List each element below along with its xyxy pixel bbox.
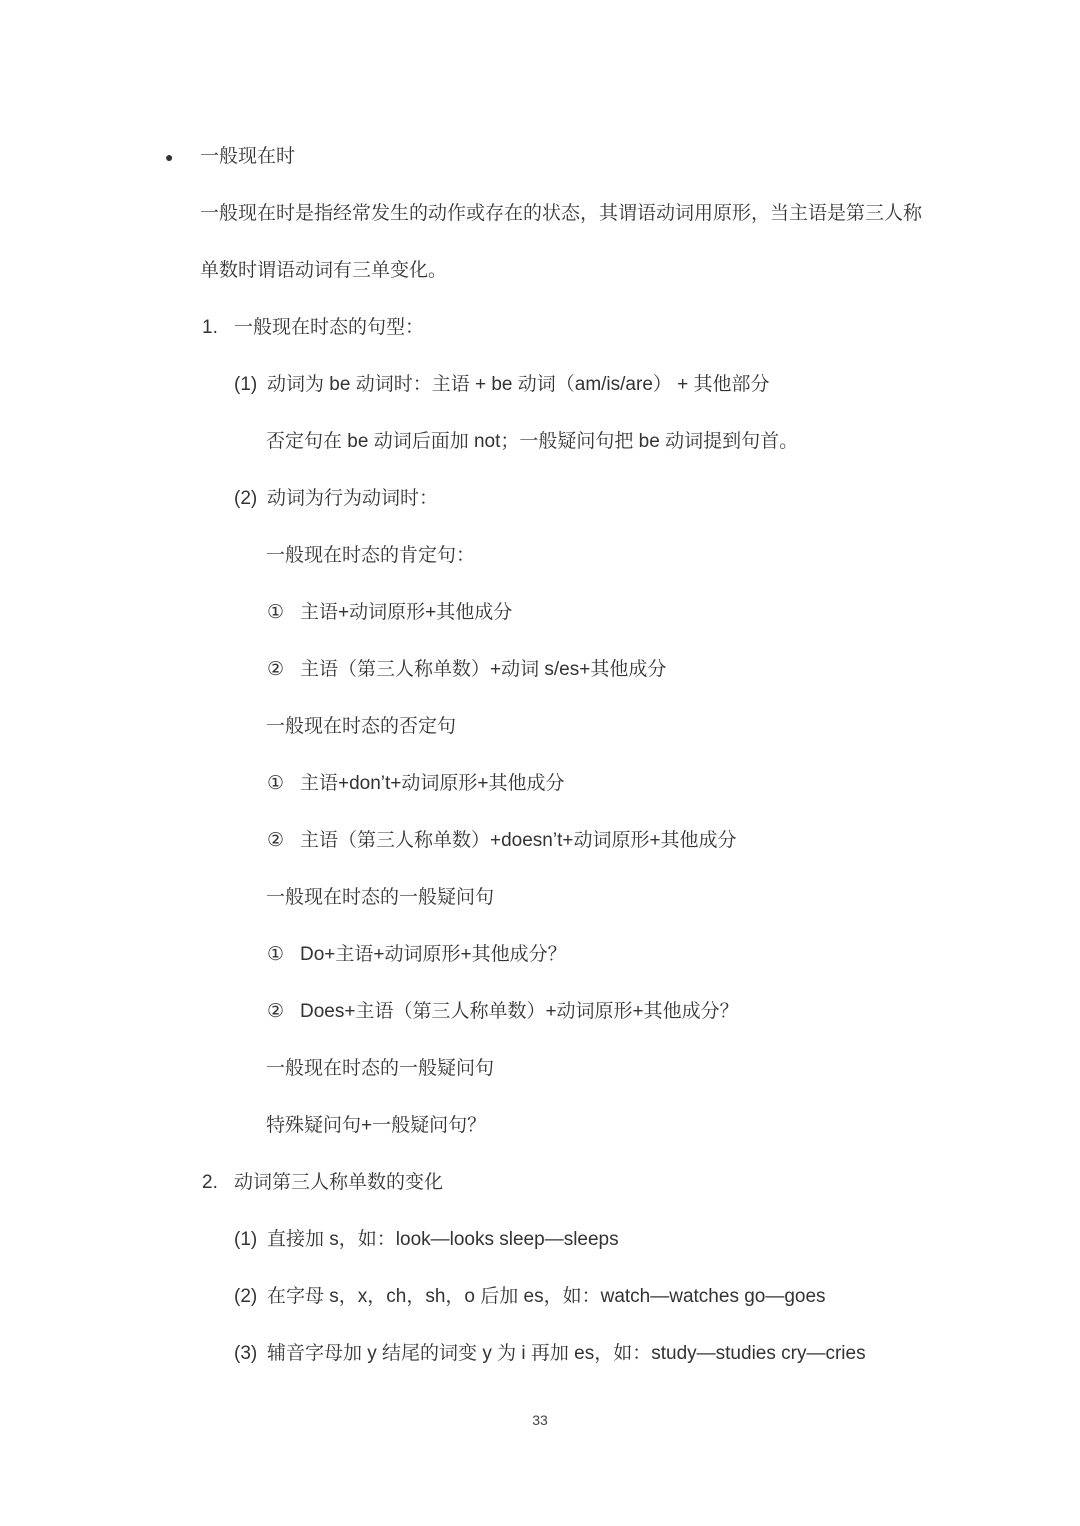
sub-item-1-2: (2)动词为行为动词时： xyxy=(0,470,1080,527)
document-body: ●一般现在时 一般现在时是指经常发生的动作或存在的状态，其谓语动词用原形，当主语… xyxy=(0,0,1080,1382)
item-heading: 一般现在时态的句型： xyxy=(234,317,424,338)
document-page: ●一般现在时 一般现在时是指经常发生的动作或存在的状态，其谓语动词用原形，当主语… xyxy=(0,0,1080,1526)
list-number: 2. xyxy=(202,1154,234,1211)
affirmative-heading: 一般现在时态的肯定句： xyxy=(0,527,1080,584)
third-person-rule: (1)直接加 s，如：look—looks sleep—sleeps xyxy=(0,1211,1080,1268)
rule-text: Do+主语+动词原形+其他成分？ xyxy=(300,944,567,965)
negative-rule: ②主语（第三人称单数）+doesn’t+动词原形+其他成分 xyxy=(0,812,1080,869)
affirmative-rule: ②主语（第三人称单数）+动词 s/es+其他成分 xyxy=(0,641,1080,698)
intro-text: 一般现在时是指经常发生的动作或存在的状态，其谓语动词用原形，当主语是第三人称 xyxy=(200,203,922,224)
third-person-rule: (2)在字母 s，x，ch，sh，o 后加 es，如：watch—watches… xyxy=(0,1268,1080,1325)
sub-item-text: 动词为行为动词时： xyxy=(267,488,438,509)
heading-text: 一般现在时态的一般疑问句 xyxy=(266,1058,494,1079)
rule-text: 主语+don’t+动词原形+其他成分 xyxy=(300,773,565,794)
item-heading: 动词第三人称单数的变化 xyxy=(234,1172,443,1193)
rule-text: 在字母 s，x，ch，sh，o 后加 es，如：watch—watches go… xyxy=(267,1286,826,1307)
circled-number: ① xyxy=(267,926,300,983)
intro-text: 单数时谓语动词有三单变化。 xyxy=(200,260,447,281)
bullet-icon: ● xyxy=(165,129,200,186)
rule-text: 直接加 s，如：look—looks sleep—sleeps xyxy=(267,1229,619,1250)
heading-text: 一般现在时态的一般疑问句 xyxy=(266,887,494,908)
sub-item-note: 否定句在 be 动词后面加 not；一般疑问句把 be 动词提到句首。 xyxy=(0,413,1080,470)
affirmative-rule: ①主语+动词原形+其他成分 xyxy=(0,584,1080,641)
page-number: 33 xyxy=(0,1408,1080,1432)
negative-rule: ①主语+don’t+动词原形+其他成分 xyxy=(0,755,1080,812)
third-person-rule: (3)辅音字母加 y 结尾的词变 y 为 i 再加 es，如：study—stu… xyxy=(0,1325,1080,1382)
circled-number: ① xyxy=(267,755,300,812)
list-paren-number: (1) xyxy=(234,356,267,413)
list-paren-number: (3) xyxy=(234,1325,267,1382)
question-rule: ①Do+主语+动词原形+其他成分？ xyxy=(0,926,1080,983)
question-heading-2: 一般现在时态的一般疑问句 xyxy=(0,1040,1080,1097)
heading-text: 一般现在时态的肯定句： xyxy=(266,545,475,566)
list-number: 1. xyxy=(202,299,234,356)
rule-text: 辅音字母加 y 结尾的词变 y 为 i 再加 es，如：study—studie… xyxy=(267,1343,866,1364)
question-rule: ②Does+主语（第三人称单数）+动词原形+其他成分？ xyxy=(0,983,1080,1040)
circled-number: ① xyxy=(267,584,300,641)
list-paren-number: (1) xyxy=(234,1211,267,1268)
heading-text: 一般现在时态的否定句 xyxy=(266,716,456,737)
circled-number: ② xyxy=(267,983,300,1040)
circled-number: ② xyxy=(267,641,300,698)
list-paren-number: (2) xyxy=(234,1268,267,1325)
question-heading: 一般现在时态的一般疑问句 xyxy=(0,869,1080,926)
note-text: 否定句在 be 动词后面加 not；一般疑问句把 be 动词提到句首。 xyxy=(266,431,798,452)
sub-item-text: 动词为 be 动词时：主语 + be 动词（am/is/are） + 其他部分 xyxy=(267,374,770,395)
rule-text: 特殊疑问句+一般疑问句？ xyxy=(266,1115,486,1136)
doc-title: 一般现在时 xyxy=(200,146,295,167)
rule-text: 主语+动词原形+其他成分 xyxy=(300,602,512,623)
list-paren-number: (2) xyxy=(234,470,267,527)
special-question-line: 特殊疑问句+一般疑问句？ xyxy=(0,1097,1080,1154)
sub-item-1-1: (1)动词为 be 动词时：主语 + be 动词（am/is/are） + 其他… xyxy=(0,356,1080,413)
rule-text: 主语（第三人称单数）+doesn’t+动词原形+其他成分 xyxy=(300,830,737,851)
rule-text: 主语（第三人称单数）+动词 s/es+其他成分 xyxy=(300,659,666,680)
circled-number: ② xyxy=(267,812,300,869)
negative-heading: 一般现在时态的否定句 xyxy=(0,698,1080,755)
numbered-item-2: 2.动词第三人称单数的变化 xyxy=(0,1154,1080,1211)
intro-line: 一般现在时是指经常发生的动作或存在的状态，其谓语动词用原形，当主语是第三人称 xyxy=(0,185,1080,242)
numbered-item-1: 1.一般现在时态的句型： xyxy=(0,299,1080,356)
rule-text: Does+主语（第三人称单数）+动词原形+其他成分？ xyxy=(300,1001,739,1022)
intro-line: 单数时谓语动词有三单变化。 xyxy=(0,242,1080,299)
doc-title-line: ●一般现在时 xyxy=(0,128,1080,185)
